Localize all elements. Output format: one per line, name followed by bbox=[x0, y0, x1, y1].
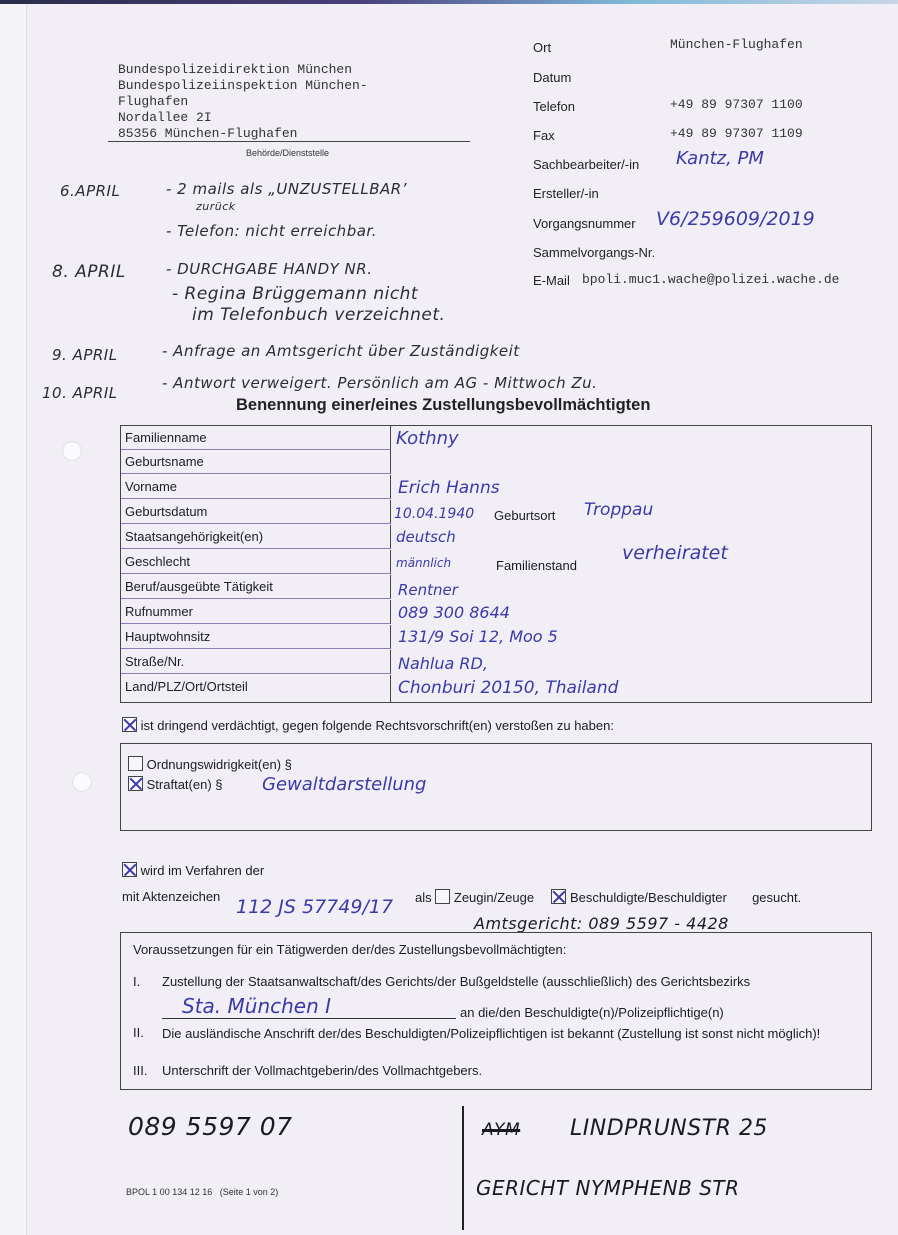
punch-hole-icon bbox=[62, 441, 82, 461]
sammelvorgang-label: Sammelvorgangs-Nr. bbox=[533, 245, 655, 260]
punch-hole-icon bbox=[72, 772, 92, 792]
req-iii-text: Unterschrift der Vollmachtgeberin/des Vo… bbox=[162, 1063, 482, 1078]
procedure-text: wird im Verfahren der bbox=[141, 863, 265, 878]
suspicion-text: ist dringend verdächtigt, gegen folgende… bbox=[141, 718, 614, 733]
row-label: Rufnummer bbox=[121, 600, 391, 624]
requirements-heading: Voraussetzungen für ein Tätigwerden der/… bbox=[133, 942, 566, 957]
note-line: - 2 mails als „UNZUSTELLBAR’ bbox=[166, 180, 407, 198]
straftat-checkbox[interactable] bbox=[128, 776, 143, 791]
row-label: Hauptwohnsitz bbox=[121, 625, 391, 649]
ort-value: München-Flughafen bbox=[670, 37, 803, 52]
suspicion-checkbox[interactable] bbox=[122, 717, 137, 732]
row-label: Land/PLZ/Ort/Ortsteil bbox=[121, 675, 391, 702]
note-date: 9. APRIL bbox=[52, 346, 118, 364]
amtsgericht-note: Amtsgericht: 089 5597 - 4428 bbox=[474, 914, 729, 933]
procedure-line: wird im Verfahren der bbox=[122, 862, 264, 878]
telefon-value: +49 89 97307 1100 bbox=[670, 97, 803, 112]
zeuge-checkbox[interactable] bbox=[435, 889, 450, 904]
owi-line: Ordnungswidrigkeit(en) § bbox=[128, 756, 292, 772]
straftat-line: Straftat(en) § bbox=[128, 776, 223, 792]
vorgangsnummer-label: Vorgangsnummer bbox=[533, 216, 636, 231]
als-label: als bbox=[415, 890, 432, 905]
telefon-label: Telefon bbox=[533, 99, 575, 114]
row-label: Geburtsname bbox=[121, 450, 391, 474]
sender-address: Bundespolizeidirektion München Bundespol… bbox=[118, 62, 368, 142]
sender-divider bbox=[108, 141, 470, 142]
geburtsort-value[interactable]: Troppau bbox=[584, 500, 653, 520]
vorgangsnummer-value: V6/259609/2019 bbox=[656, 208, 815, 230]
geburtsort-label: Geburtsort bbox=[494, 508, 555, 523]
form-title: Benennung einer/eines Zustellungsbevollm… bbox=[236, 396, 650, 415]
role-options: als Zeugin/Zeuge Beschuldigte/Beschuldig… bbox=[415, 889, 801, 905]
address-note-1: LINDPRUNSTR 25 bbox=[570, 1116, 768, 1141]
aktenzeichen-value[interactable]: 112 JS 57749/17 bbox=[236, 896, 393, 918]
note-line: im Telefonbuch verzeichnet. bbox=[192, 305, 445, 325]
familienstand-value[interactable]: verheiratet bbox=[622, 542, 728, 564]
geschlecht-value[interactable]: männlich bbox=[396, 556, 451, 570]
sachbearbeiter-value: Kantz, PM bbox=[676, 148, 764, 169]
req-ii-num: II. bbox=[133, 1025, 144, 1040]
note-line: - Antwort verweigert. Persönlich am AG -… bbox=[162, 374, 597, 392]
ersteller-label: Ersteller/-in bbox=[533, 186, 599, 201]
row-label: Straße/Nr. bbox=[121, 650, 391, 674]
email-value: bpoli.muc1.wache@polizei.wache.de bbox=[582, 272, 839, 287]
email-label: E-Mail bbox=[533, 273, 570, 288]
note-line: - Anfrage an Amtsgericht über Zuständigk… bbox=[162, 342, 520, 360]
note-date: 10. APRIL bbox=[42, 384, 118, 402]
note-line: - Regina Brüggemann nicht bbox=[172, 284, 418, 304]
phone-note: 089 5597 07 bbox=[128, 1112, 293, 1141]
strasse-value[interactable]: Nahlua RD, bbox=[398, 654, 488, 673]
row-label: Geschlecht bbox=[121, 550, 391, 574]
aktenzeichen-label: mit Aktenzeichen bbox=[122, 889, 220, 904]
beschuldigt-label: Beschuldigte/Beschuldigter bbox=[570, 890, 727, 905]
address-note-2: GERICHT NYMPHENB STR bbox=[476, 1176, 740, 1200]
fax-label: Fax bbox=[533, 128, 555, 143]
geburtsdatum-value[interactable]: 10.04.1940 bbox=[394, 506, 474, 522]
procedure-checkbox[interactable] bbox=[122, 862, 137, 877]
note-date: 6.APRIL bbox=[60, 182, 120, 200]
note-date: 8. APRIL bbox=[52, 262, 126, 282]
req-iii-num: III. bbox=[133, 1063, 147, 1078]
row-label: Beruf/ausgeübte Tätigkeit bbox=[121, 575, 391, 599]
beruf-value[interactable]: Rentner bbox=[398, 581, 458, 599]
land-value[interactable]: Chonburi 20150, Thailand bbox=[398, 678, 618, 698]
handwritten-divider bbox=[462, 1106, 464, 1230]
note-line: zurück bbox=[196, 200, 236, 213]
suspicion-line: ist dringend verdächtigt, gegen folgende… bbox=[122, 717, 614, 733]
note-line: - DURCHGABE HANDY NR. bbox=[166, 260, 372, 278]
gesucht-label: gesucht. bbox=[752, 890, 801, 905]
owi-label: Ordnungswidrigkeit(en) § bbox=[147, 757, 292, 772]
req-i-num: I. bbox=[133, 974, 140, 989]
familienstand-label: Familienstand bbox=[496, 558, 577, 573]
req-i-underline bbox=[162, 1018, 456, 1019]
row-label: Geburtsdatum bbox=[121, 500, 391, 524]
ort-label: Ort bbox=[533, 40, 551, 55]
beschuldigt-checkbox[interactable] bbox=[551, 889, 566, 904]
fax-value: +49 89 97307 1109 bbox=[670, 126, 803, 141]
owi-checkbox[interactable] bbox=[128, 756, 143, 771]
form-id: BPOL 1 00 134 12 16 (Seite 1 von 2) bbox=[126, 1187, 278, 1197]
vorname-value[interactable]: Erich Hanns bbox=[398, 478, 500, 498]
straftat-label: Straftat(en) § bbox=[147, 777, 223, 792]
note-line: - Telefon: nicht erreichbar. bbox=[166, 222, 377, 240]
req-ii-text: Die ausländische Anschrift der/des Besch… bbox=[162, 1025, 866, 1042]
zeuge-label: Zeugin/Zeuge bbox=[454, 890, 534, 905]
familienname-value[interactable]: Kothny bbox=[396, 428, 459, 449]
struck-note: AYM bbox=[482, 1120, 520, 1140]
straftat-value[interactable]: Gewaltdarstellung bbox=[262, 774, 426, 795]
row-label: Staatsangehörigkeit(en) bbox=[121, 525, 391, 549]
staatsangehoerigkeit-value[interactable]: deutsch bbox=[396, 528, 456, 546]
sender-label: Behörde/Dienststelle bbox=[246, 148, 329, 158]
req-i-suffix: an die/den Beschuldigte(n)/Polizeipflich… bbox=[460, 1005, 724, 1020]
row-label: Vorname bbox=[121, 475, 391, 499]
hauptwohnsitz-value[interactable]: 131/9 Soi 12, Moo 5 bbox=[398, 627, 558, 646]
req-i-text: Zustellung der Staatsanwaltschaft/des Ge… bbox=[162, 974, 750, 989]
sachbearbeiter-label: Sachbearbeiter/-in bbox=[533, 157, 639, 172]
rufnummer-value[interactable]: 089 300 8644 bbox=[398, 603, 510, 622]
row-label: Familienname bbox=[121, 426, 391, 450]
req-i-value[interactable]: Sta. München I bbox=[182, 994, 331, 1018]
datum-label: Datum bbox=[533, 70, 571, 85]
